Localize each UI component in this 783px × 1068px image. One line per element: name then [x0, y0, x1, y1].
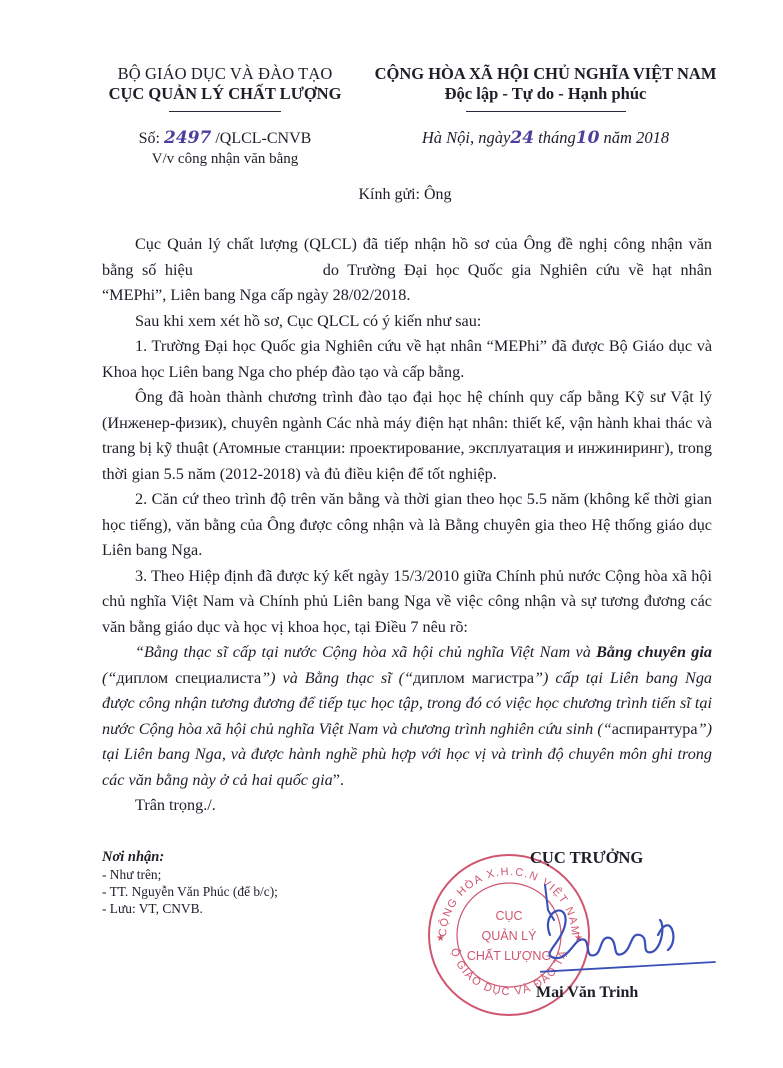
year-label: năm 2018 [604, 128, 670, 147]
quote-part: (“ [102, 669, 116, 687]
paragraph-point-1: 1. Trường Đại học Quốc gia Nghiên cứu về… [102, 334, 712, 385]
paragraph-point-2: 2. Căn cứ theo trình độ trên văn bằng và… [102, 487, 712, 564]
recipient-line: Kính gửi: Ông [80, 186, 710, 204]
intro-part-2: do Trường Đại học Quốc gia Nghiên cứu về… [102, 261, 712, 305]
day-handwritten: 24 [510, 128, 534, 148]
ref-number-handwritten: 2497 [164, 128, 211, 148]
country-name: CỘNG HÒA XÃ HỘI CHỦ NGHĨA VIỆT NAM [358, 64, 733, 84]
svg-text:★: ★ [436, 933, 445, 944]
quote-part: “Bằng thạc sĩ cấp tại nước Cộng hòa xã h… [135, 643, 596, 661]
national-motto: Độc lập - Tự do - Hạnh phúc [358, 84, 733, 104]
signatory-name: Mai Văn Trinh [536, 984, 638, 1002]
department-name: CỤC QUẢN LÝ CHẤT LƯỢNG [80, 84, 370, 104]
agreement-quote: “Bằng thạc sĩ cấp tại nước Cộng hòa xã h… [102, 640, 712, 793]
divider [466, 111, 626, 112]
closing: Trân trọng./. [102, 793, 712, 819]
signatory-title: CỤC TRƯỞNG [530, 848, 643, 868]
ref-suffix: /QLCL-CNVB [215, 130, 311, 147]
recipient-item: - TT. Nguyễn Văn Phúc (để b/c); [102, 883, 382, 900]
ref-prefix: Số: [139, 130, 160, 147]
quote-russian: диплом магистра [413, 669, 534, 687]
stamp-center-line: QUẢN LÝ [482, 928, 538, 943]
quote-bold: Bằng chuyên gia [596, 643, 712, 661]
letter-body: Cục Quản lý chất lượng (QLCL) đã tiếp nh… [102, 232, 712, 819]
recipients-title: Nơi nhận: [102, 848, 382, 866]
paragraph-program: Ông đã hoàn thành chương trình đào tạo đ… [102, 385, 712, 487]
paragraph-intro: Cục Quản lý chất lượng (QLCL) đã tiếp nh… [102, 232, 712, 309]
paragraph-opinion: Sau khi xem xét hồ sơ, Cục QLCL có ý kiế… [102, 309, 712, 335]
document-date: Hà Nội, ngày24 tháng10 năm 2018 [358, 128, 733, 148]
recipients-block: Nơi nhận: - Như trên; - TT. Nguyễn Văn P… [102, 848, 382, 917]
quote-part: ”. [333, 771, 344, 789]
issuing-agency-header: BỘ GIÁO DỤC VÀ ĐÀO TẠO CỤC QUẢN LÝ CHẤT … [80, 64, 370, 112]
recipient-item: - Như trên; [102, 866, 382, 883]
document-subject: V/v công nhận văn bằng [80, 149, 370, 169]
month-handwritten: 10 [576, 128, 600, 148]
document-reference: Số: 2497 /QLCL-CNVB V/v công nhận văn bằ… [80, 128, 370, 169]
handwritten-signature [540, 880, 720, 980]
recipient-item: - Lưu: VT, CNVB. [102, 900, 382, 917]
quote-part: ”) và Bằng thạc sĩ (“ [261, 669, 413, 687]
national-header: CỘNG HÒA XÃ HỘI CHỦ NGHĨA VIỆT NAM Độc l… [358, 64, 733, 112]
quote-russian: аспирантура [612, 720, 698, 738]
month-label: tháng [538, 128, 576, 147]
stamp-center-line: CỤC [495, 909, 522, 923]
date-prefix: Hà Nội, ngày [422, 128, 510, 147]
quote-russian: диплом специалиста [116, 669, 261, 687]
stamp-center-line: CHẤT LƯỢNG [467, 948, 551, 963]
paragraph-point-3: 3. Theo Hiệp định đã được ký kết ngày 15… [102, 564, 712, 641]
ministry-name: BỘ GIÁO DỤC VÀ ĐÀO TẠO [80, 64, 370, 84]
divider [169, 111, 281, 112]
